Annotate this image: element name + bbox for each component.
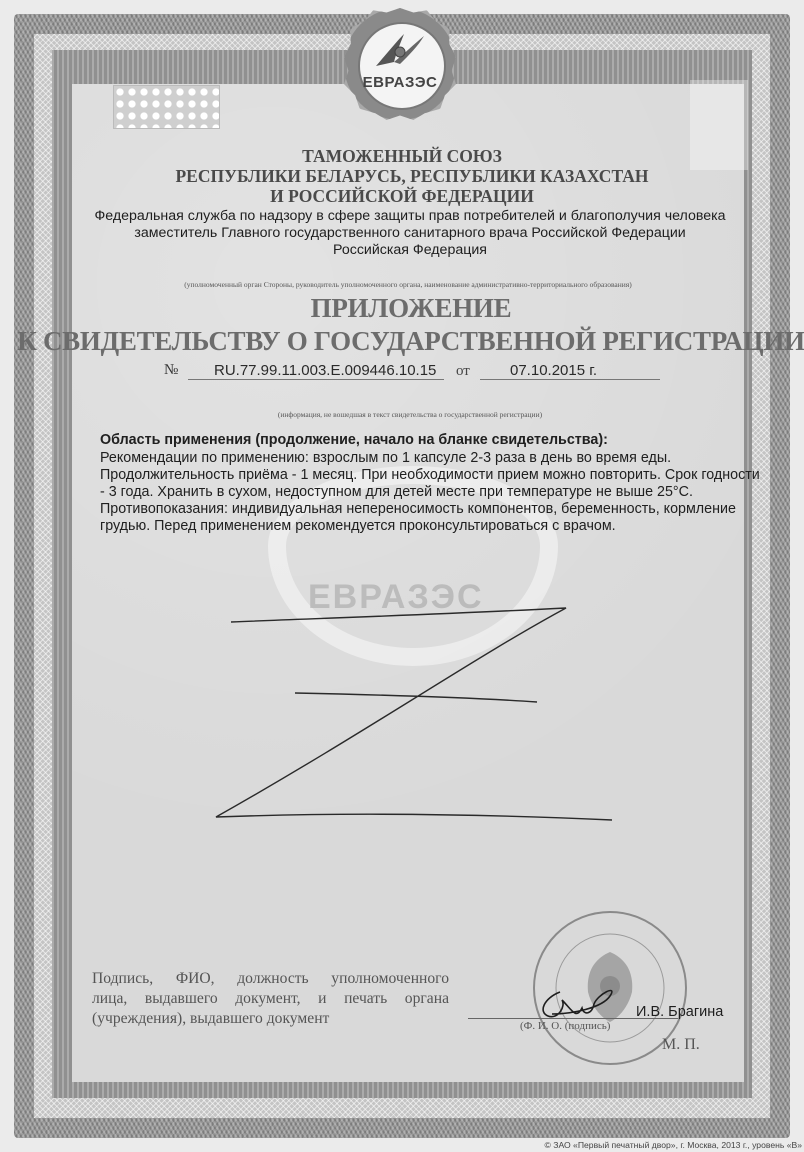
signature-caption-line: лица, выдавшего документ, и печать орган… xyxy=(92,989,449,1009)
signer-name: И.В. Брагина xyxy=(636,1004,723,1020)
union-line-2: РЕСПУБЛИКИ БЕЛАРУСЬ, РЕСПУБЛИКИ КАЗАХСТА… xyxy=(10,166,804,187)
fio-caption: (Ф. И. О. (подпись) xyxy=(520,1020,610,1032)
authority-line-3: Российская Федерация xyxy=(0,241,804,259)
authority-caption: (уполномоченный орган Стороны, руководит… xyxy=(6,280,804,289)
body-line: Противопоказания: индивидуальная неперен… xyxy=(100,501,780,518)
authority-line-2: заместитель Главного государственного са… xyxy=(0,224,804,242)
body-line: - 3 года. Хранить в сухом, недоступном д… xyxy=(100,484,780,501)
evrazes-emblem: ЕВРАЗЭС xyxy=(344,8,456,120)
registration-number: RU.77.99.11.003.E.009446.10.15 xyxy=(188,362,444,380)
title-line-2: К СВИДЕТЕЛЬСТВУ О ГОСУДАРСТВЕННОЙ РЕГИСТ… xyxy=(0,326,804,356)
body-line: Продолжительность приёма - 1 месяц. При … xyxy=(100,467,780,484)
signature-caption-line: Подпись, ФИО, должность уполномоченного xyxy=(92,969,449,989)
registration-date: 07.10.2015 г. xyxy=(480,362,660,380)
body-line: Рекомендации по применению: взрослым по … xyxy=(100,450,780,467)
title-line-1: ПРИЛОЖЕНИЕ xyxy=(0,293,804,323)
date-prefix: от xyxy=(456,363,470,380)
authority-line-1: Федеральная служба по надзору в сфере за… xyxy=(0,207,804,225)
printer-imprint: © ЗАО «Первый печатный двор», г. Москва,… xyxy=(545,1140,802,1150)
security-pattern-patch xyxy=(113,85,220,129)
application-area-text: Область применения (продолжение, начало … xyxy=(100,432,780,535)
application-area-heading: Область применения (продолжение, начало … xyxy=(100,432,780,449)
watermark-text: ЕВРАЗЭС xyxy=(308,578,484,617)
seal-mark: М. П. xyxy=(662,1036,700,1054)
union-line-1: ТАМОЖЕННЫЙ СОЮЗ xyxy=(0,146,804,167)
registration-caption: (информация, не вошедшая в текст свидете… xyxy=(8,410,804,419)
emblem-label: ЕВРАЗЭС xyxy=(344,74,456,91)
signature-caption: Подпись, ФИО, должность уполномоченного … xyxy=(92,969,449,1029)
number-prefix: № xyxy=(164,362,178,379)
signature-caption-line: (учреждения), выдавшего документ xyxy=(92,1009,449,1029)
body-line: грудью. Перед применением рекомендуется … xyxy=(100,518,780,535)
evrazes-logo-icon xyxy=(374,32,426,68)
union-line-3: И РОССИЙСКОЙ ФЕДЕРАЦИИ xyxy=(0,186,804,207)
